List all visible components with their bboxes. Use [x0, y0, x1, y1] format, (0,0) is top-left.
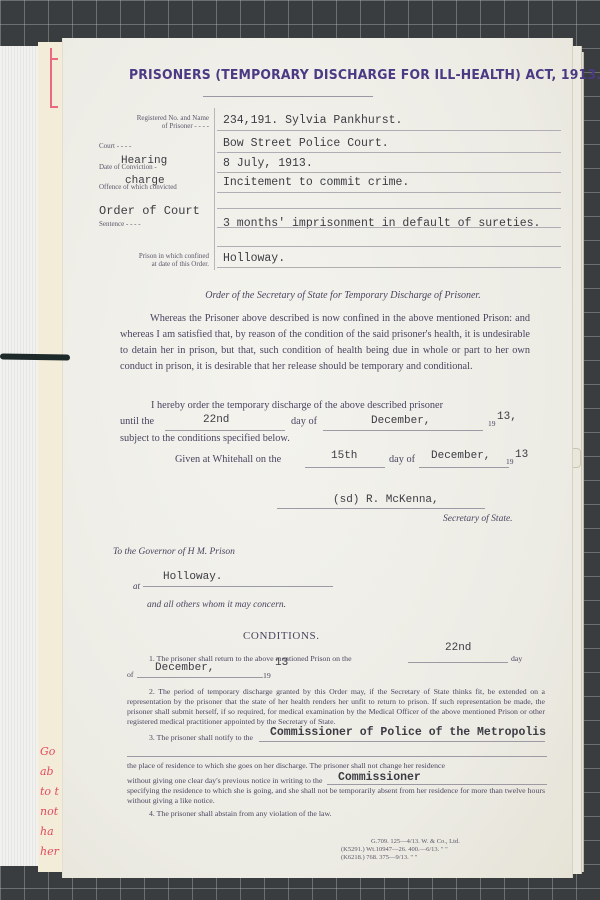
condition-3-residence: specifying the residence to which she is… [127, 786, 545, 806]
condition-4-text: 4. The prisoner shall abstain from any v… [149, 809, 332, 819]
whereas-paragraph: Whereas the Prisoner above described is … [120, 311, 530, 375]
registry-row-offence: Offence of which convicted charge Incite… [63, 176, 573, 196]
condition-3-notice: without giving one clear day's previous … [127, 776, 322, 786]
binding-string [0, 353, 70, 360]
until-month-field [323, 430, 483, 431]
at-label: at [133, 581, 140, 591]
title-underline [203, 96, 373, 97]
registry-rule [217, 130, 561, 131]
condition-3-text: 3. The prisoner shall notify to the [149, 733, 253, 743]
registry-rule [217, 172, 561, 173]
year-prefix: 19 [263, 671, 271, 681]
imprint-line: G.709. 125—4/13. W. & Co., Ltd. [371, 838, 460, 845]
red-pencil-mark [50, 48, 62, 108]
offence-value: Incitement to commit crime. [223, 176, 409, 189]
others-line: and all others whom it may concern. [147, 600, 286, 610]
signature: (sd) R. McKenna, [333, 494, 439, 506]
prisoner-number-name: 234,191. Sylvia Pankhurst. [223, 114, 402, 127]
until-day-field [165, 430, 285, 431]
until-label: until the [120, 416, 154, 427]
registry-rule [217, 208, 561, 209]
registry-row-date: Date of Conviction - Hearing 8 July, 191… [63, 156, 573, 176]
imprint-line: (K5291.) Wt.10947—26. 400.—6/13. " " [341, 846, 448, 853]
order-heading: Order of the Secretary of State for Temp… [143, 290, 543, 301]
notify-value: Commissioner of Police of the Metropolis [270, 726, 546, 739]
given-label: Given at Whitehall on the [175, 454, 281, 465]
order-statement: I hereby order the temporary discharge o… [151, 400, 443, 411]
signatory-title: Secretary of State. [443, 514, 513, 524]
discharge-order-page: PRISONERS (TEMPORARY DISCHARGE FOR ILL-H… [62, 38, 572, 878]
given-year-value: 13 [515, 449, 528, 461]
sentence-value: 3 months' imprisonment in default of sur… [223, 217, 540, 230]
registry-label: Order of Court Sentence - - - - [99, 210, 215, 228]
notice-recipient-field [327, 784, 547, 785]
notice-recipient-value: Commissioner [338, 771, 421, 784]
return-day-value: 22nd [445, 642, 471, 654]
court-value: Bow Street Police Court. [223, 137, 389, 150]
notify-field [259, 741, 545, 742]
binder-spine [0, 46, 40, 866]
until-year-value: 13, [497, 411, 517, 423]
year-prefix: 19 [506, 457, 514, 466]
registry-label: Registered No. and Name of Prisoner - - … [93, 114, 209, 130]
registry-row-court: Court - - - - Bow Street Police Court. [63, 136, 573, 156]
registry-row-prisoner: Registered No. and Name of Prisoner - - … [63, 114, 573, 134]
registry-rule [217, 267, 561, 268]
subject-line: subject to the conditions specified belo… [120, 433, 290, 444]
day-of-label: day of [291, 416, 317, 427]
conditions-heading: CONDITIONS. [243, 630, 320, 642]
signature-line [277, 508, 485, 509]
typed-correction: charge [125, 177, 165, 185]
prison-value: Holloway. [223, 252, 285, 265]
day-of-label: day of [389, 454, 415, 465]
day-label: day [511, 654, 522, 664]
return-month-field [137, 677, 263, 678]
given-day-field [305, 467, 385, 468]
governor-line: To the Governor of H M. Prison [113, 547, 235, 557]
of-label: of [127, 670, 134, 680]
paper-clip-fold [573, 448, 581, 468]
registry-label: Court - - - - [99, 142, 215, 150]
registry-rule [217, 246, 561, 247]
until-month-value: December, [371, 415, 430, 427]
registry-label: Date of Conviction - Hearing [99, 163, 215, 171]
given-month-field [419, 467, 509, 468]
registry-label: Prison in which confined at date of this… [93, 252, 209, 268]
until-day-value: 22nd [203, 414, 229, 426]
notify-field-cont [127, 756, 547, 757]
return-year-value: 13 [275, 657, 288, 669]
condition-2-text: 2. The period of temporary discharge gra… [127, 687, 545, 727]
typed-correction: Order of Court [99, 207, 200, 215]
typed-correction: Hearing [121, 157, 167, 165]
condition-3-cont: the place of residence to which she goes… [127, 761, 547, 771]
registry-label: Offence of which convicted charge [99, 183, 215, 191]
date-value: 8 July, 1913. [223, 157, 313, 170]
given-month-value: December, [431, 450, 490, 462]
year-prefix: 19 [488, 419, 496, 428]
prison-name-value: Holloway. [163, 571, 222, 583]
return-day-field [408, 662, 508, 663]
registry-rule [217, 152, 561, 153]
given-day-value: 15th [331, 450, 357, 462]
document-title: PRISONERS (TEMPORARY DISCHARGE FOR ILL-H… [129, 67, 488, 83]
return-month-value: December, [155, 662, 214, 674]
registry-rule [217, 227, 561, 228]
registry-rule [217, 192, 561, 193]
imprint-line: (K6218.) 768. 375—9/13. " " [341, 854, 417, 861]
prison-name-field [143, 586, 333, 587]
